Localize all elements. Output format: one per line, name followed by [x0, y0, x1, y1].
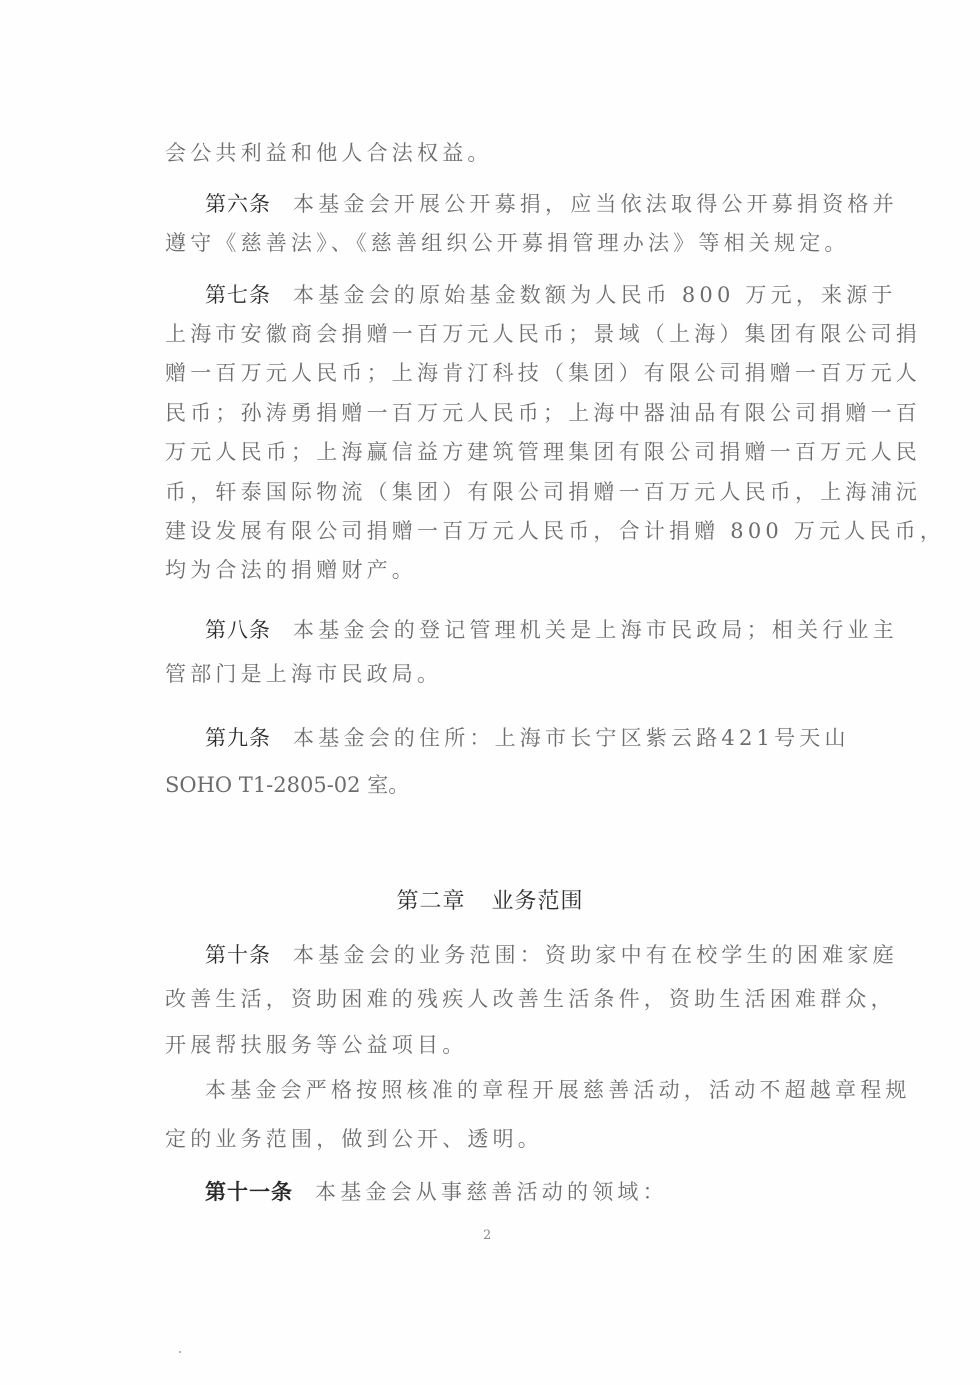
line-text: 建设发展有限公司捐赠一百万元人民币，合计捐赠 800 万元人民币，: [165, 519, 945, 543]
article-7: 第七条本基金会的原始基金数额为人民币 800 万元，来源于: [205, 281, 820, 309]
article-text: 本基金会开展公开募捐，应当依法取得公开募捐资格并: [293, 192, 898, 216]
text-line: SOHO T1-2805-02 室。: [165, 771, 820, 799]
line-text: 会公共利益和他人合法权益。: [165, 141, 493, 165]
line-text: 上海市安徽商会捐赠一百万元人民币；景域（上海）集团有限公司捐: [165, 322, 921, 346]
document-page: 会公共利益和他人合法权益。 第六条本基金会开展公开募捐，应当依法取得公开募捐资格…: [0, 0, 980, 1385]
text-line: 民币；孙涛勇捐赠一百万元人民币；上海中器油品有限公司捐赠一百: [165, 399, 820, 427]
text-line: 会公共利益和他人合法权益。: [165, 139, 820, 167]
article-10: 第十条本基金会的业务范围：资助家中有在校学生的困难家庭: [205, 941, 820, 969]
article-heading: 第十一条: [205, 1180, 293, 1204]
text-line: 上海市安徽商会捐赠一百万元人民币；景域（上海）集团有限公司捐: [165, 320, 820, 348]
text-line: 定的业务范围，做到公开、透明。: [165, 1125, 820, 1153]
line-text: 管部门是上海市民政局。: [165, 662, 442, 686]
page-number: 2: [483, 1228, 491, 1243]
article-9: 第九条本基金会的住所：上海市长宁区紫云路421号天山: [205, 724, 820, 752]
line-text: SOHO T1-2805-02 室。: [165, 773, 409, 797]
line-text: 赠一百万元人民币；上海肯汀科技（集团）有限公司捐赠一百万元人: [165, 361, 921, 385]
line-text: 改善生活，资助困难的残疾人改善生活条件，资助生活困难群众，: [165, 987, 896, 1011]
scan-speck: [179, 1351, 181, 1353]
line-text: 本基金会严格按照核准的章程开展慈善活动，活动不超越章程规: [205, 1078, 911, 1102]
chapter-number: 第二章: [396, 889, 465, 914]
text-line: 万元人民币；上海赢信益方建筑管理集团有限公司捐赠一百万元人民: [165, 438, 820, 466]
text-line: 币，轩泰国际物流（集团）有限公司捐赠一百万元人民币，上海浦沅: [165, 478, 820, 506]
article-text: 本基金会的业务范围：资助家中有在校学生的困难家庭: [293, 943, 898, 967]
line-text: 遵守《慈善法》、《慈善组织公开募捐管理办法》等相关规定。: [165, 231, 850, 255]
article-6: 第六条本基金会开展公开募捐，应当依法取得公开募捐资格并: [205, 190, 820, 218]
line-text: 定的业务范围，做到公开、透明。: [165, 1127, 543, 1151]
article-heading: 第九条: [205, 726, 271, 750]
article-text: 本基金会的登记管理机关是上海市民政局；相关行业主: [293, 618, 898, 642]
text-line: 建设发展有限公司捐赠一百万元人民币，合计捐赠 800 万元人民币，: [165, 517, 820, 545]
article-11: 第十一条本基金会从事慈善活动的领域：: [205, 1178, 820, 1206]
article-text: 本基金会从事慈善活动的领域：: [315, 1180, 668, 1204]
text-line: 均为合法的捐赠财产。: [165, 556, 820, 584]
line-text: 均为合法的捐赠财产。: [165, 558, 417, 582]
chapter-title: 业务范围: [492, 889, 584, 914]
text-line: 改善生活，资助困难的残疾人改善生活条件，资助生活困难群众，: [165, 985, 820, 1013]
article-text: 本基金会的原始基金数额为人民币 800 万元，来源于: [293, 283, 897, 307]
chapter-heading: 第二章业务范围: [0, 884, 980, 915]
article-8: 第八条本基金会的登记管理机关是上海市民政局；相关行业主: [205, 616, 820, 644]
article-heading: 第七条: [205, 283, 271, 307]
text-line: 管部门是上海市民政局。: [165, 660, 820, 688]
line-text: 币，轩泰国际物流（集团）有限公司捐赠一百万元人民币，上海浦沅: [165, 480, 921, 504]
text-line: 遵守《慈善法》、《慈善组织公开募捐管理办法》等相关规定。: [165, 229, 820, 257]
line-text: 民币；孙涛勇捐赠一百万元人民币；上海中器油品有限公司捐赠一百: [165, 401, 921, 425]
article-heading: 第八条: [205, 618, 271, 642]
text-line: 开展帮扶服务等公益项目。: [165, 1031, 820, 1059]
line-text: 万元人民币；上海赢信益方建筑管理集团有限公司捐赠一百万元人民: [165, 440, 921, 464]
text-line: 赠一百万元人民币；上海肯汀科技（集团）有限公司捐赠一百万元人: [165, 359, 820, 387]
article-text: 本基金会的住所：上海市长宁区紫云路421号天山: [293, 726, 850, 750]
text-line: 本基金会严格按照核准的章程开展慈善活动，活动不超越章程规: [205, 1076, 820, 1104]
line-text: 开展帮扶服务等公益项目。: [165, 1033, 467, 1057]
article-heading: 第十条: [205, 943, 271, 967]
article-heading: 第六条: [205, 192, 271, 216]
